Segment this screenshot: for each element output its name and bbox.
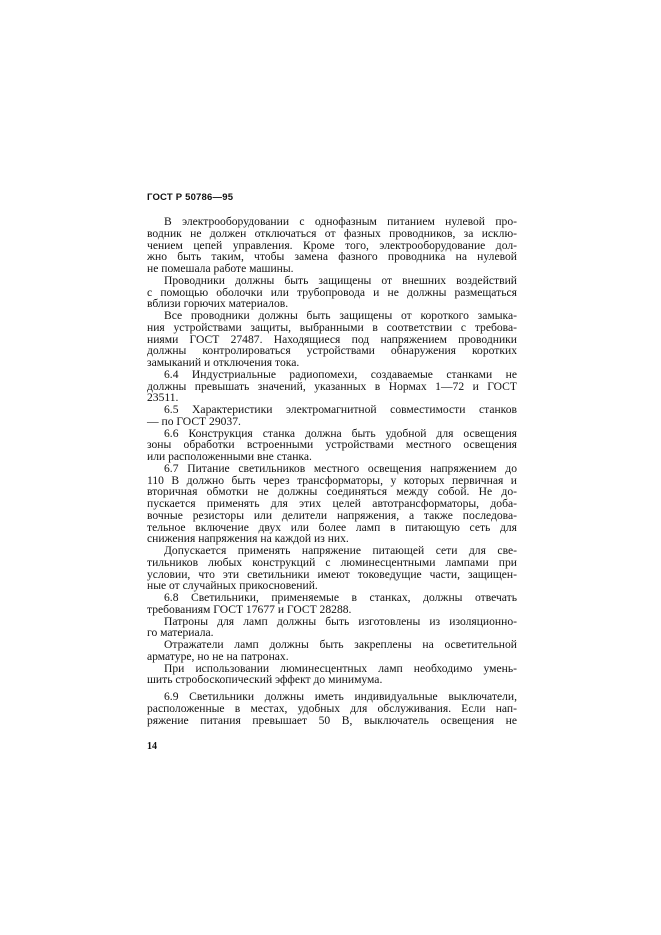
page-number: 14 <box>147 741 157 752</box>
paragraph: При использовании люминесцентных ламп не… <box>147 663 517 687</box>
text-line: 6.8 Светильники, применяемые в станках, … <box>147 592 517 604</box>
text-line: — по ГОСТ 29037. <box>147 416 517 428</box>
section-6-9: 6.9 Светильники должны иметь индивидуаль… <box>147 691 517 726</box>
document-body: В электрооборудовании с однофазным питан… <box>147 216 517 726</box>
text-line: 6.5 Характеристики электромагнитной совм… <box>147 404 517 416</box>
document-page: ГОСТ Р 50786—95 В электрооборудовании с … <box>0 0 661 935</box>
text-line: Отражатели ламп должны быть закреплены н… <box>147 639 517 651</box>
section-6-7: 6.7 Питание светильников местного освеще… <box>147 463 517 545</box>
text-line: 6.9 Светильники должны иметь индивидуаль… <box>147 691 517 703</box>
text-line: замыканий и отключения тока. <box>147 357 517 369</box>
paragraph: В электрооборудовании с однофазным питан… <box>147 216 517 275</box>
text-line: 6.7 Питание светильников местного освеще… <box>147 463 517 475</box>
text-line: Проводники должны быть защищены от внешн… <box>147 275 517 287</box>
section-6-4: 6.4 Индустриальные радиопомехи, создавае… <box>147 369 517 404</box>
paragraph: Патроны для ламп должны быть изготовлены… <box>147 616 517 640</box>
section-6-8: 6.8 Светильники, применяемые в станках, … <box>147 592 517 616</box>
paragraph: Все проводники должны быть защищены от к… <box>147 310 517 369</box>
paragraph: Проводники должны быть защищены от внешн… <box>147 275 517 310</box>
text-line: Допускается применять напряжение питающе… <box>147 545 517 557</box>
text-line: арматуре, но не на патронах. <box>147 651 517 663</box>
paragraph: Отражатели ламп должны быть закреплены н… <box>147 639 517 663</box>
section-6-6: 6.6 Конструкция станка должна быть удобн… <box>147 428 517 463</box>
text-line: пускается применять для этих целей автот… <box>147 498 517 510</box>
text-line: или расположенными вне станка. <box>147 451 517 463</box>
text-line: тильников любых конструкций с люминесцен… <box>147 557 517 569</box>
text-line: расположенные в местах, удобных для обсл… <box>147 703 517 715</box>
text-line: требованиям ГОСТ 17677 и ГОСТ 28288. <box>147 604 517 616</box>
text-line: не помешала работе машины. <box>147 263 517 275</box>
text-line: вочные резисторы или делители напряжения… <box>147 510 517 522</box>
text-line: В электрооборудовании с однофазным питан… <box>147 216 517 228</box>
text-line: ряжение питания превышает 50 В, выключат… <box>147 715 517 727</box>
text-line: 6.4 Индустриальные радиопомехи, создавае… <box>147 369 517 381</box>
text-line: ния устройствами защиты, выбранными в со… <box>147 322 517 334</box>
text-line: должны превышать значений, указанных в Н… <box>147 381 517 393</box>
paragraph: Допускается применять напряжение питающе… <box>147 545 517 592</box>
text-line: Все проводники должны быть защищены от к… <box>147 310 517 322</box>
document-header: ГОСТ Р 50786—95 <box>147 192 233 203</box>
text-line: водник не должен отключаться от фазных п… <box>147 228 517 240</box>
text-line: шить стробоскопический эффект до минимум… <box>147 674 517 686</box>
section-6-5: 6.5 Характеристики электромагнитной совм… <box>147 404 517 428</box>
